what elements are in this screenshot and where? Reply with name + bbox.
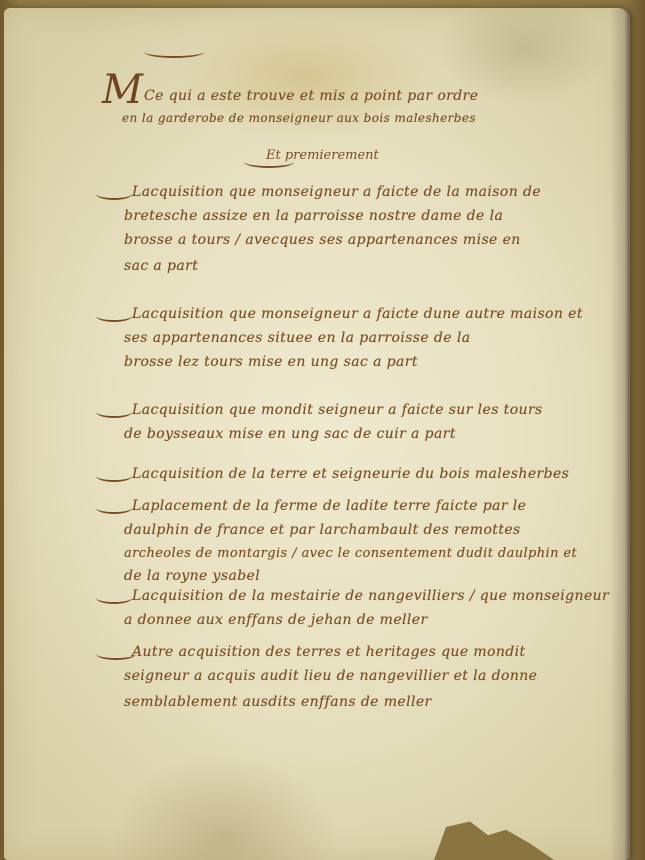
manuscript-page: M Ce qui a este trouve et mis a point pa…: [4, 8, 628, 860]
entry-7-flourish: [96, 648, 136, 660]
entry-6-line-2: a donnee aux enffans de jehan de meller: [124, 612, 428, 628]
entry-1-line-4: sac a part: [124, 258, 198, 274]
entry-2-line-3: brosse lez tours mise en ung sac a part: [124, 354, 418, 370]
torn-corner: [434, 805, 554, 860]
decorated-initial: M: [102, 70, 143, 110]
entry-7-line-3: semblablement ausdits enffans de meller: [124, 694, 432, 710]
entry-1-line-2: bretesche assize en la parroisse nostre …: [124, 208, 503, 224]
entry-7-line-1: Autre acquisition des terres et heritage…: [132, 644, 526, 660]
entry-5-line-1: Laplacement de la ferme de ladite terre …: [132, 498, 526, 514]
entry-3-line-1: Lacquisition que mondit seigneur a faict…: [132, 402, 543, 418]
entry-6-line-1: Lacquisition de la mestairie de nangevil…: [132, 588, 609, 604]
entry-3-flourish: [96, 406, 132, 418]
initial-flourish: [144, 46, 204, 58]
entry-1-line-3: brosse a tours / avecques ses appartenan…: [124, 232, 521, 248]
entry-5-line-2: daulphin de france et par larchambault d…: [124, 522, 521, 538]
entry-2-flourish: [96, 310, 132, 322]
entry-6-flourish: [96, 592, 132, 604]
entry-5-flourish: [96, 502, 132, 514]
entry-7-line-2: seigneur a acquis audit lieu de nangevil…: [124, 668, 537, 684]
entry-1-line-1: Lacquisition que monseigneur a faicte de…: [132, 184, 541, 200]
entry-5-line-4: de la royne ysabel: [124, 568, 260, 584]
entry-4-line-1: Lacquisition de la terre et seigneurie d…: [132, 466, 569, 482]
subheading: Et premierement: [266, 148, 379, 163]
entry-2-line-2: ses appartenances situee en la parroisse…: [124, 330, 470, 346]
entry-1-flourish: [96, 188, 132, 200]
entry-5-line-3: archeoles de montargis / avec le consent…: [124, 546, 577, 561]
header-line-1: Ce qui a este trouve et mis a point par …: [144, 88, 478, 104]
entry-4-flourish: [96, 470, 132, 482]
entry-2-line-1: Lacquisition que monseigneur a faicte du…: [132, 306, 583, 322]
entry-3-line-2: de boysseaux mise en ung sac de cuir a p…: [124, 426, 456, 442]
header-line-2: en la garderobe de monseigneur aux bois …: [122, 111, 476, 125]
